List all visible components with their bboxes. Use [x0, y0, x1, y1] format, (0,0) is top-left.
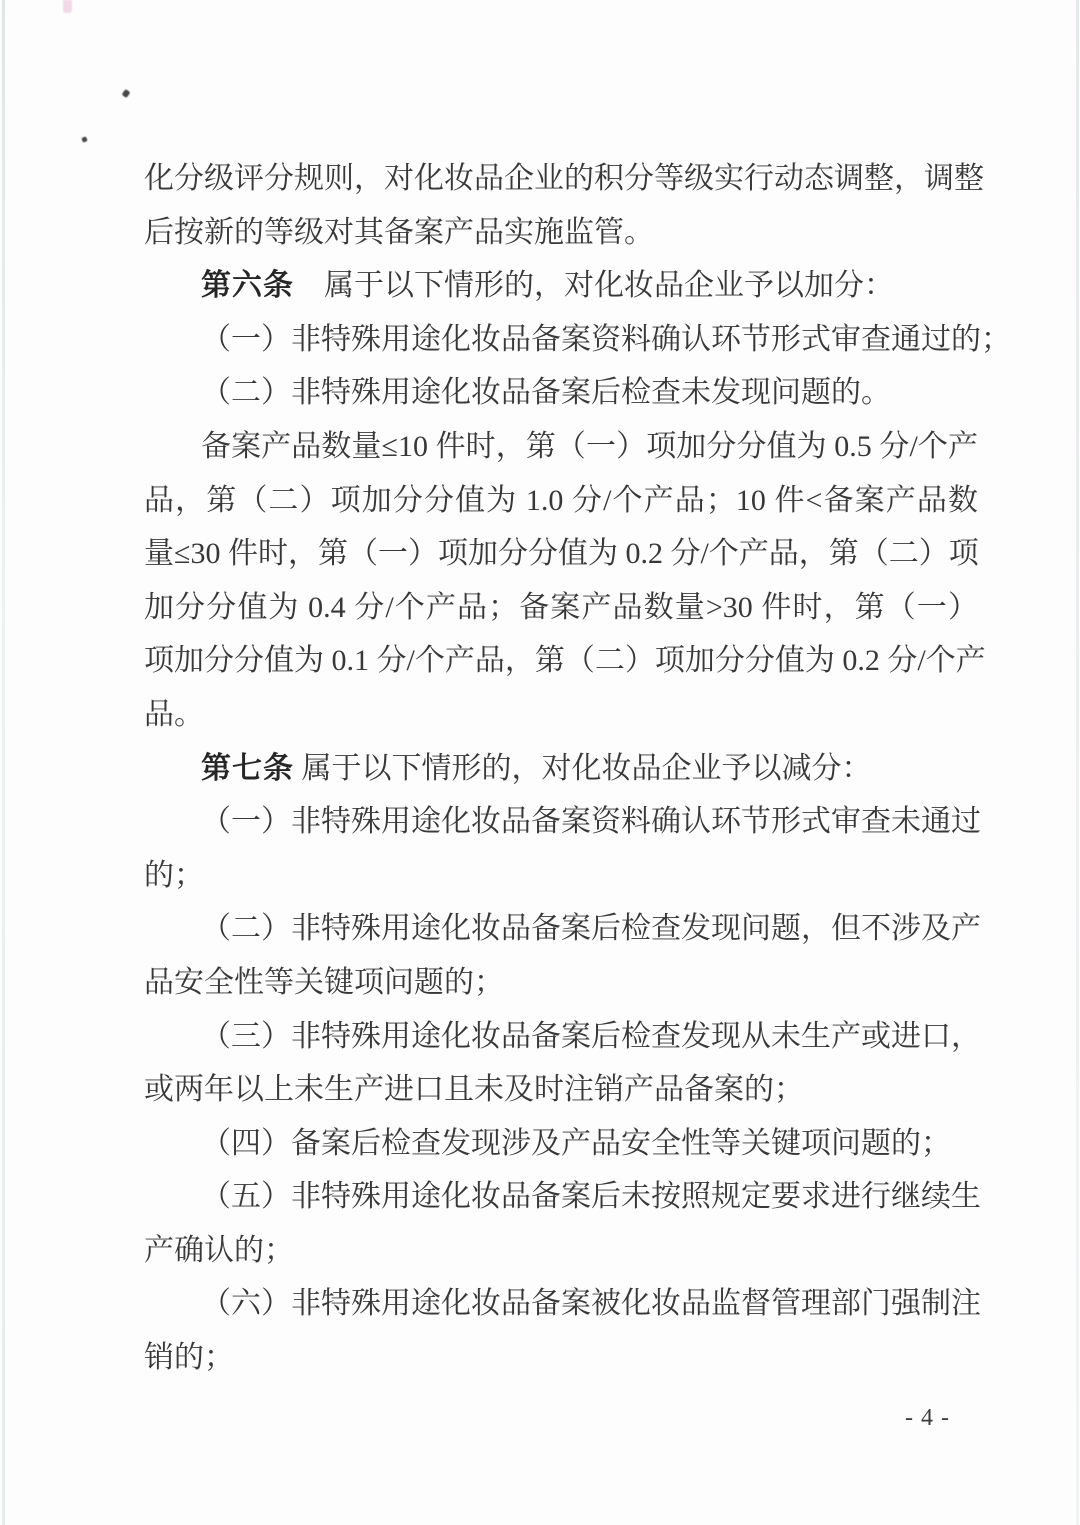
text-line: 的；	[144, 849, 978, 903]
article-6-text: 属于以下情形的，对化妆品企业予以加分：	[294, 269, 894, 302]
document-body: 化分级评分规则，对化妆品企业的积分等级实行动态调整，调整 后按新的等级对其备案产…	[144, 152, 978, 1385]
article-6-label: 第六条	[201, 269, 294, 302]
text-line: 销的；	[144, 1331, 978, 1385]
text-line: 或两年以上未生产进口且未及时注销产品备案的；	[144, 1063, 978, 1117]
article-7-text: 属于以下情形的，对化妆品企业予以减分：	[294, 752, 872, 785]
article-7-heading: 第七条 属于以下情形的，对化妆品企业予以减分：	[144, 742, 978, 796]
text-line: 品，第（二）项加分分值为 1.0 分/个产品；10 件<备案产品数	[144, 474, 978, 528]
text-line: 品。	[144, 688, 978, 742]
item-2-deduct-points: （二）非特殊用途化妆品备案后检查发现问题，但不涉及产	[144, 902, 978, 956]
text-line: 后按新的等级对其备案产品实施监管。	[144, 206, 978, 260]
text-line: 项加分分值为 0.1 分/个产品，第（二）项加分分值为 0.2 分/个产	[144, 634, 978, 688]
scanned-document-page: 化分级评分规则，对化妆品企业的积分等级实行动态调整，调整 后按新的等级对其备案产…	[0, 0, 1080, 1525]
article-7-label: 第七条	[201, 752, 294, 785]
item-5-deduct-points: （五）非特殊用途化妆品备案后未按照规定要求进行继续生	[144, 1170, 978, 1224]
scan-speck-2	[81, 136, 87, 142]
text-line: 量≤30 件时，第（一）项加分分值为 0.2 分/个产品，第（二）项	[144, 527, 978, 581]
pink-scan-mark	[63, 0, 72, 13]
item-3-deduct-points: （三）非特殊用途化妆品备案后检查发现从未生产或进口，	[144, 1010, 978, 1064]
item-2-add-points: （二）非特殊用途化妆品备案后检查未发现问题的。	[144, 366, 978, 420]
scan-speck-1	[122, 89, 131, 98]
page-edge-right	[1076, 0, 1079, 1525]
item-6-deduct-points: （六）非特殊用途化妆品备案被化妆品监督管理部门强制注	[144, 1277, 978, 1331]
text-line: 加分分值为 0.4 分/个产品；备案产品数量>30 件时，第（一）	[144, 581, 978, 635]
page-edge-left	[2, 0, 5, 1525]
text-line: 品安全性等关键项问题的；	[144, 956, 978, 1010]
article-6-heading: 第六条 属于以下情形的，对化妆品企业予以加分：	[144, 259, 978, 313]
page-number: - 4 -	[905, 1405, 950, 1432]
text-line: 备案产品数量≤10 件时，第（一）项加分分值为 0.5 分/个产	[144, 420, 978, 474]
item-1-deduct-points: （一）非特殊用途化妆品备案资料确认环节形式审查未通过	[144, 795, 978, 849]
text-line: 产确认的；	[144, 1224, 978, 1278]
text-line: 化分级评分规则，对化妆品企业的积分等级实行动态调整，调整	[144, 152, 978, 206]
item-4-deduct-points: （四）备案后检查发现涉及产品安全性等关键项问题的；	[144, 1117, 978, 1171]
item-1-add-points: （一）非特殊用途化妆品备案资料确认环节形式审查通过的；	[144, 313, 978, 367]
